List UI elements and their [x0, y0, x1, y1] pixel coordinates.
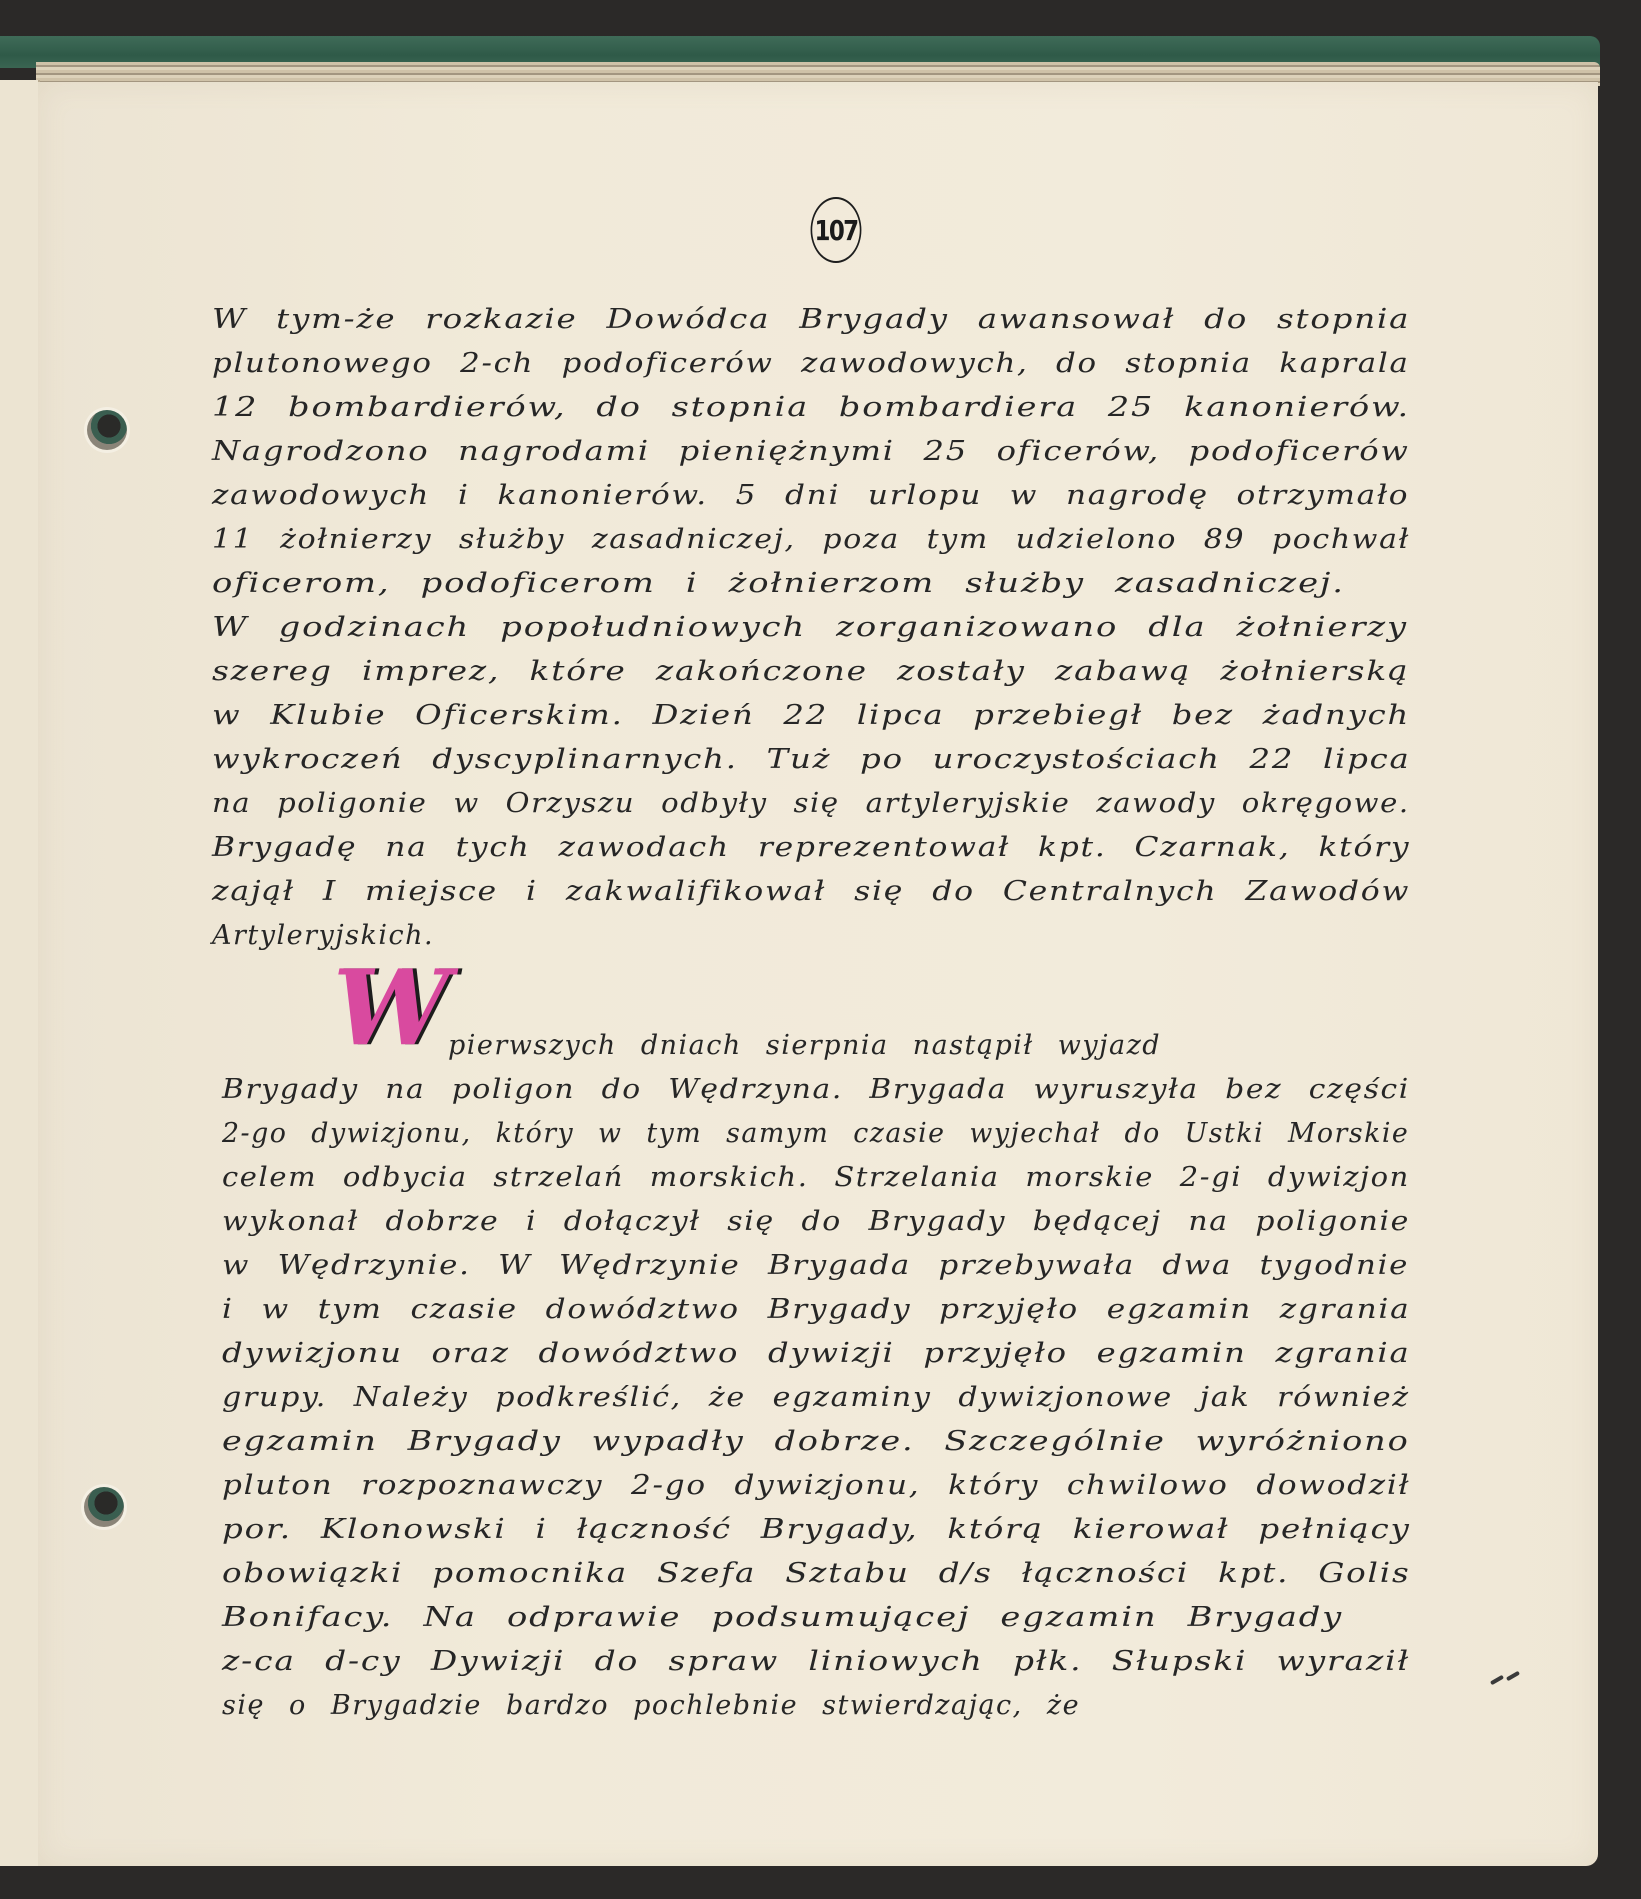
text-line: Bonifacy. Na odprawie podsumującej egzam…	[222, 1600, 1343, 1636]
text-line: szereg imprez, które zakończone zostały …	[212, 654, 1409, 690]
text-line: Nagrodzono nagrodami pieniężnymi 25 ofic…	[212, 434, 1410, 470]
text-line: w Klubie Oficerskim. Dzień 22 lipca prze…	[212, 698, 1410, 734]
text-line: 12 bombardierów, do stopnia bombardiera …	[212, 390, 1410, 426]
text-line: z-ca d-cy Dywizji do spraw liniowych płk…	[222, 1644, 1410, 1680]
text-line: egzamin Brygady wypadły dobrze. Szczegól…	[222, 1424, 1410, 1460]
text-line: w Wędrzynie. W Wędrzynie Brygada przebyw…	[222, 1248, 1409, 1284]
text-line: 2-go dywizjonu, który w tym samym czasie…	[222, 1116, 1409, 1152]
text-line: obowiązki pomocnika Szefa Sztabu d/s łąc…	[222, 1556, 1410, 1592]
text-line: W godzinach popołudniowych zorganizowano…	[212, 610, 1408, 646]
text-line: zajął I miejsce i zakwalifikował się do …	[212, 874, 1410, 910]
text-line: dywizjonu oraz dowództwo dywizji przyjęł…	[222, 1336, 1411, 1372]
text-line: por. Klonowski i łączność Brygady, którą…	[222, 1512, 1411, 1548]
punch-hole-icon	[84, 1487, 124, 1527]
text-line: i w tym czasie dowództwo Brygady przyjęł…	[222, 1292, 1410, 1328]
binding-fold	[0, 80, 40, 1866]
text-line: 11 żołnierzy służby zasadniczej, poza ty…	[212, 522, 1410, 558]
text-line: W tym-że rozkazie Dowódca Brygady awanso…	[212, 302, 1410, 338]
text-line: wykroczeń dyscyplinarnych. Tuż po uroczy…	[212, 742, 1411, 778]
text-line: plutonowego 2-ch podoficerów zawodowych,…	[212, 346, 1410, 382]
text-line: Brygadę na tych zawodach reprezentował k…	[212, 830, 1410, 866]
text-line: oficerom, podoficerom i żołnierzom służb…	[212, 566, 1345, 602]
text-line: celem odbycia strzelań morskich. Strzela…	[222, 1160, 1410, 1196]
decorative-initial: W	[333, 958, 443, 1058]
text-line: na poligonie w Orzyszu odbyły się artyle…	[212, 786, 1410, 822]
text-line: wykonał dobrze i dołączył się do Brygady…	[222, 1204, 1410, 1240]
page-number: 107	[811, 197, 862, 263]
text-line: Brygady na poligon do Wędrzyna. Brygada …	[222, 1072, 1410, 1108]
text-line: pierwszych dniach sierpnia nastąpił wyja…	[448, 1028, 1161, 1064]
text-line: pluton rozpoznawczy 2-go dywizjonu, któr…	[222, 1468, 1410, 1504]
text-line: się o Brygadzie bardzo pochlebnie stwier…	[222, 1688, 1080, 1724]
text-line: grupy. Należy podkreślić, że egzaminy dy…	[222, 1380, 1410, 1416]
punch-hole-icon	[87, 410, 127, 450]
text-line: zawodowych i kanonierów. 5 dni urlopu w …	[212, 478, 1409, 514]
